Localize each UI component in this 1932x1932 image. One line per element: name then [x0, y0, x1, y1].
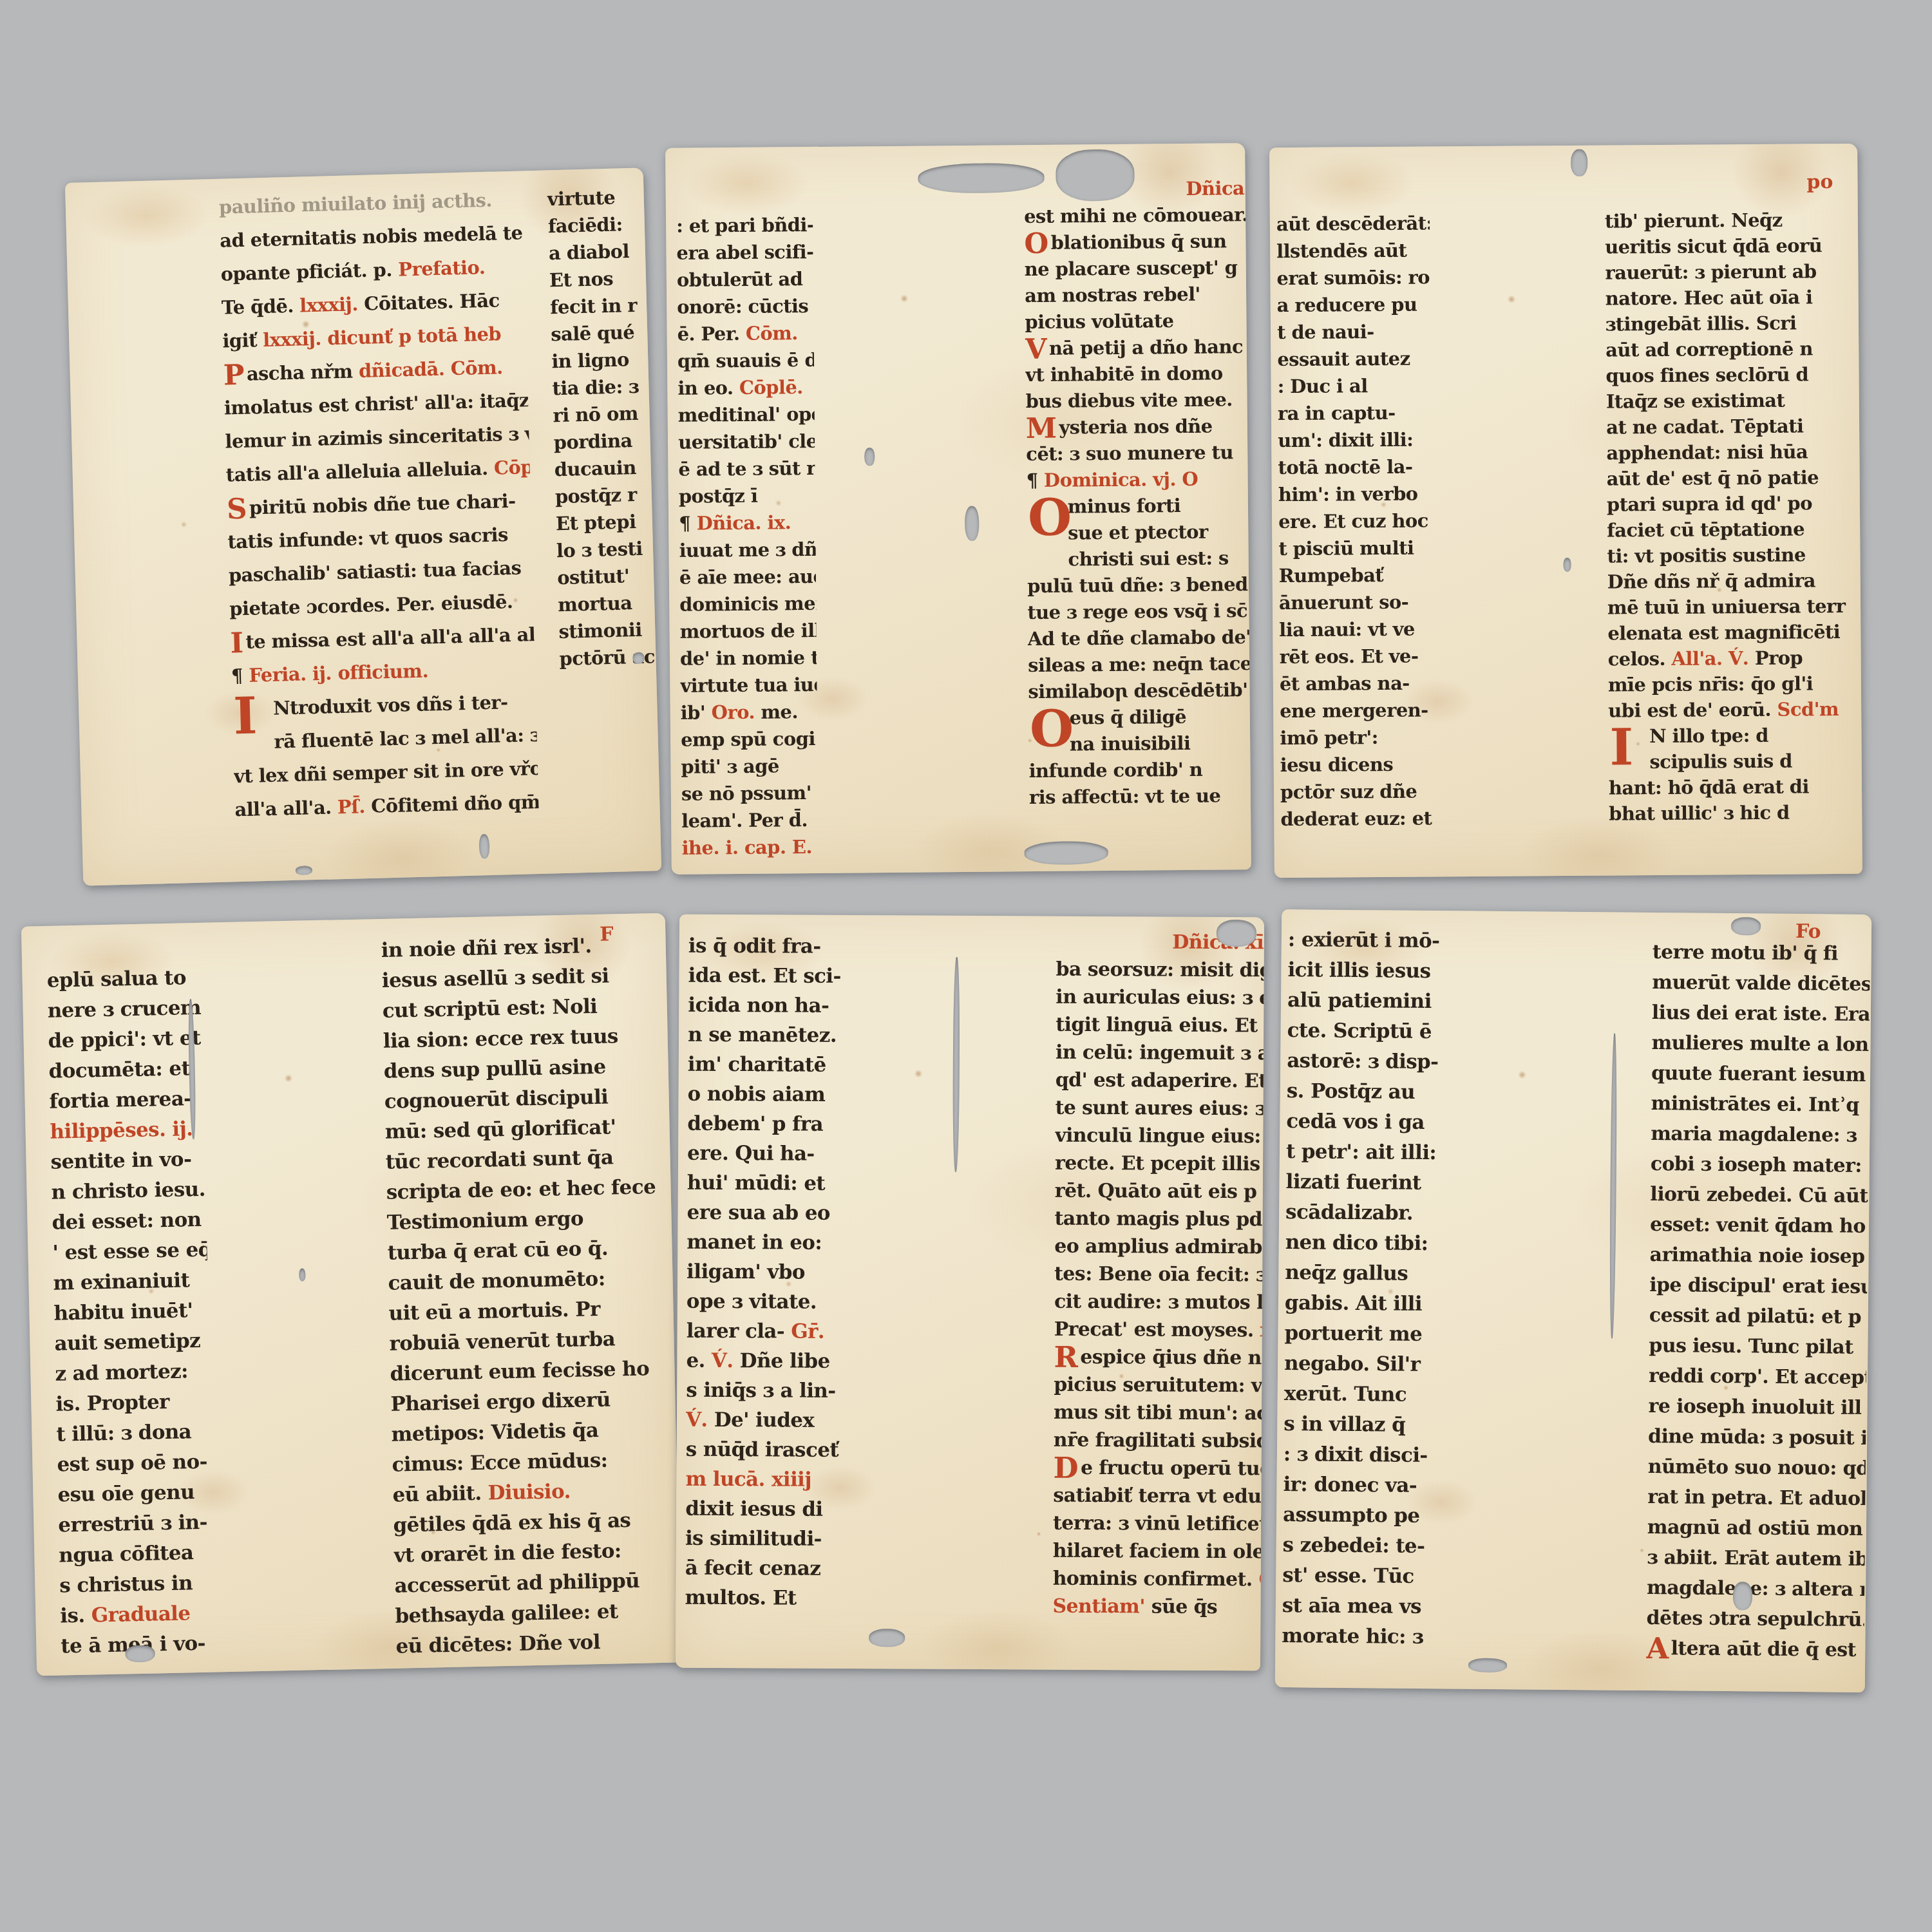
body-text-run: dine mūda: ɜ posuit il: [1648, 1425, 1870, 1450]
body-text-run: ene mergeren-: [1280, 699, 1428, 723]
text-line: ope ɜ vitate.: [687, 1287, 846, 1317]
body-text-run: igiť: [222, 329, 263, 352]
text-line: leam'. Per d̄.: [681, 806, 818, 835]
body-text-run: him': in verbo: [1278, 483, 1418, 506]
body-text-run: ɜtingebāt illis. Scri: [1605, 312, 1797, 335]
text-line: alū patiemini: [1287, 985, 1460, 1017]
body-text-run: aūt ad correptionē n: [1605, 337, 1813, 361]
body-text-run: pietate ɔcordes. Per. eiusdē.: [229, 591, 513, 620]
rubric-run: Dñica. ix.: [696, 511, 791, 534]
text-line: onorē: cūctis: [677, 292, 813, 321]
text-line: ris affectū: vt te ue: [1029, 782, 1251, 811]
text-line: eū dicētes: Dñe vol: [395, 1625, 681, 1662]
text-line: in celū: ingemuit ɜ ait: [1056, 1039, 1264, 1068]
body-text-run: eo amplius admiraba: [1054, 1235, 1264, 1259]
body-text-run: Ad te dñe clamabo de': [1028, 626, 1251, 650]
body-text-run: iligam' vbo: [687, 1260, 805, 1284]
body-text-run: ib': [681, 701, 712, 723]
text-line: morate hic: ɜ: [1282, 1621, 1454, 1653]
text-line: icida non ha-: [688, 990, 848, 1021]
rubric-run: Cōm.: [746, 322, 798, 345]
body-text-run: liorū zebedei. Cū aūt: [1650, 1183, 1868, 1207]
text-line: picius volūtate: [1025, 307, 1251, 336]
text-line: s nūq̄d irasceť: [686, 1435, 846, 1465]
text-line: Et nos: [549, 264, 648, 294]
text-line: Oblationibus q̄ sun: [1024, 228, 1251, 256]
text-line: christi sui est: s: [1027, 545, 1251, 573]
body-text-run: mīe pcis nr̄is: q̄o gl'i: [1608, 672, 1814, 696]
body-text-run: ere. Qui ha-: [687, 1142, 815, 1166]
text-line: sentite in vo-: [50, 1144, 205, 1178]
body-text-run: vt inhabitē in domo: [1025, 362, 1223, 386]
body-text-run: ministrātes ei. Intʾq: [1651, 1092, 1859, 1117]
body-text-run: Precat' est moyses.: [1054, 1318, 1260, 1342]
body-text-run: m exinaniuit: [53, 1269, 189, 1294]
body-text-run: iesus asellū ɜ sedit si: [381, 965, 609, 992]
text-line: cit audire: ɜ mutos lo: [1054, 1288, 1264, 1317]
body-text-run: virtute: [547, 187, 615, 211]
text-line: ¶ Dñica. ix.: [679, 509, 815, 537]
text-line: IN illo tpe: d: [1608, 722, 1862, 750]
body-text-run: virtute tua iudica: [680, 673, 819, 696]
text-line: hui' mūdi: et: [687, 1168, 847, 1198]
text-line: hilaret faciem in oleo: et: [1053, 1537, 1264, 1566]
body-text-run: eū abiit.: [392, 1482, 488, 1507]
text-line: est sup oē no-: [57, 1447, 212, 1481]
text-line: bhat uillic' ɜ hic d: [1609, 799, 1862, 827]
body-text-run: ostitut': [557, 565, 630, 589]
text-line: mulieres multe a lon: [1651, 1028, 1869, 1060]
rubric-run: Diuisio.: [488, 1480, 571, 1505]
text-line: Rumpebať: [1279, 561, 1432, 589]
body-text-run: sileas a me: neq̄n tace: [1028, 652, 1251, 676]
body-text-run: cimus: Ecce mūdus:: [392, 1449, 608, 1477]
text-line: cedā vos i ga: [1286, 1106, 1459, 1138]
text-line: t illū: ɜ dona: [56, 1417, 211, 1450]
body-text-run: magdalene: ɜ altera m: [1647, 1577, 1870, 1601]
tear-hole: [1731, 917, 1761, 935]
body-text-run: eus q̄ diligē: [1069, 706, 1186, 729]
body-text-run: sūe q̄s: [1145, 1595, 1218, 1618]
text-line: : exierūt i mō-: [1288, 925, 1461, 956]
text-line: imō petr':: [1280, 723, 1433, 752]
body-text-run: est mihi ne cōmouear.: [1024, 204, 1248, 227]
body-text-run: z ad mortez:: [55, 1359, 188, 1385]
body-text-run: blationibus q̄ sun: [1051, 230, 1227, 253]
body-text-run: dens sup pullū asine: [383, 1056, 606, 1083]
body-text-run: xerūt. Tunc: [1284, 1382, 1407, 1406]
body-text-run: vinculū lingue eius:: [1055, 1124, 1261, 1148]
tear-hole: [1025, 841, 1108, 865]
body-text-run: faciet cū tēptatione: [1607, 518, 1804, 541]
text-line: ti: vt positis sustine: [1607, 542, 1861, 569]
text-line: pulū tuū dñe: ɜ bened: [1027, 571, 1251, 600]
body-text-run: apphendat: nisi hūa: [1606, 440, 1808, 464]
tear-hole: [296, 866, 312, 875]
text-line: uersitatib' cle-: [678, 428, 815, 456]
text-line: mē tuū in uniuersa terr: [1607, 593, 1861, 621]
text-line: qm̄ suauis ē dñs: [677, 346, 814, 375]
text-line: ē. Per. Cōm.: [677, 319, 813, 348]
tear-hole: [918, 163, 1044, 194]
text-line: Oeus q̄ diligē: [1028, 703, 1251, 732]
body-text-run: celos.: [1607, 648, 1671, 670]
body-text-run: bethsayda galilee: et: [395, 1600, 618, 1627]
body-text-run: sue et ptector: [1068, 521, 1208, 544]
body-text-run: n christo iesu.: [51, 1178, 205, 1204]
body-text-run: magnū ad ostiū mon: [1647, 1516, 1863, 1540]
body-text-run: negabo. Sil'r: [1284, 1352, 1420, 1376]
body-text-run: imō petr':: [1280, 726, 1378, 749]
text-line: iesu dicens: [1280, 750, 1434, 779]
body-text-run: : Duc i al: [1278, 375, 1368, 397]
body-text-run: in auriculas eius: ɜ ex: [1056, 986, 1264, 1010]
text-line: ngua cōfitea: [59, 1538, 214, 1571]
text-line: pctōr suz dñe: [1280, 777, 1434, 806]
body-text-run: re ioseph inuoluit ill: [1648, 1395, 1861, 1419]
body-text-run: a reducere pu: [1277, 294, 1417, 317]
text-line: re ioseph inuoluit ill: [1648, 1391, 1866, 1423]
body-text-run: tib' pierunt. Neq̄z: [1605, 209, 1783, 232]
body-text-run: scādalizabr.: [1285, 1200, 1413, 1225]
leaf-top-right-left-column-cut: aūt descēderāt:llstendēs aūterat sumōis:…: [1276, 209, 1434, 833]
text-line: s in villaz q̄: [1283, 1409, 1456, 1441]
body-text-run: qd' est adaperire. Et st: [1056, 1069, 1264, 1093]
text-line: de ppici': vt et: [48, 1023, 203, 1057]
body-text-run: icit illis iesus: [1287, 958, 1430, 983]
text-line: manet in eo:: [687, 1227, 846, 1258]
text-line: picius seruitutem: vt: [1054, 1371, 1264, 1400]
body-text-run: documēta: et: [48, 1057, 190, 1083]
text-line: t pisciū multi: [1278, 534, 1432, 562]
text-line: magdalene: ɜ altera m: [1647, 1573, 1864, 1605]
text-line: auit semetipz: [54, 1326, 209, 1359]
body-text-run: tue ɜ rege eos vsq̄ i sc̄: [1027, 600, 1247, 623]
body-text-run: piti' ɜ agē: [681, 755, 779, 777]
body-text-run: rat in petra. Et aduolu: [1647, 1486, 1870, 1510]
body-text-run: st' esse. Tūc: [1282, 1564, 1414, 1588]
red-initial: R: [1054, 1340, 1080, 1374]
text-line: ere. Et cuz hoc: [1278, 507, 1432, 535]
body-text-run: picius volūtate: [1025, 310, 1173, 333]
body-text-run: ad eternitatis nobis medelā te: [220, 222, 523, 251]
body-text-run: ba seorsuz: misit digit: [1056, 958, 1265, 982]
tear-hole: [1468, 1658, 1507, 1673]
leaf-top-middle-left-column-cut: : et pari bñdi-era abel scifi-obtulerūt …: [676, 211, 819, 862]
tear-hole: [965, 506, 979, 541]
body-text-run: ti: vt positis sustine: [1607, 544, 1806, 567]
body-text-run: manet in eo:: [687, 1231, 822, 1255]
text-line: maria magdalene: ɜ: [1651, 1119, 1868, 1151]
text-line: sileas a me: neq̄n tace: [1028, 650, 1251, 679]
text-line: quute fuerant iesum: [1651, 1058, 1869, 1090]
text-line: Itaq̄z se existimat: [1606, 387, 1860, 415]
text-line: rauerūt: ɜ pierunt ab: [1605, 258, 1859, 286]
text-line: vinculū lingue eius:: [1055, 1122, 1264, 1151]
body-text-run: ɜ abiit. Erāt autem ib: [1647, 1546, 1868, 1571]
body-text-run: ascha nřm: [246, 360, 359, 385]
leaf-top-right-right-column-cut: tib' pierunt. Neq̄zueritis sicut q̄dā eo…: [1605, 207, 1862, 827]
rubric-run: Cōpl.: [494, 456, 539, 479]
rubric-run: Oro.: [712, 701, 755, 724]
text-line: in auriculas eius: ɜ ex: [1056, 983, 1264, 1012]
text-line: quos fines seclōrū d: [1605, 361, 1859, 389]
folio-mark: Fo: [1795, 920, 1821, 943]
text-line: mortuos de illos ptector: [679, 617, 816, 645]
text-line: n se manētez.: [688, 1020, 848, 1050]
text-line: rēt eos. Et ve-: [1279, 642, 1432, 670]
body-text-run: Rumpebať: [1279, 564, 1384, 587]
text-line: s. Postq̄z au: [1287, 1076, 1459, 1108]
text-line: virtute tua iudica: [680, 671, 817, 699]
body-text-run: habitu inuēt': [53, 1299, 193, 1325]
text-line: Altera aūt die q̄ est: [1646, 1633, 1864, 1665]
body-text-run: ¶: [679, 513, 697, 535]
body-text-run: neq̄z gallus: [1285, 1261, 1408, 1285]
body-text-run: vt lex dñi semper sit in ore vřo all'a: [234, 756, 539, 787]
body-text-run: N illo tpe: d: [1649, 724, 1768, 747]
body-text-run: postq̄z ī: [679, 485, 758, 507]
body-text-run: ē ad te ɜ sūt re: [678, 457, 818, 480]
body-text-run: de ppici': vt et: [48, 1027, 201, 1053]
text-line: ir: donec va-: [1283, 1470, 1455, 1501]
body-text-run: am nostras rebel': [1025, 283, 1200, 307]
rubric-run: Scd'm: [1777, 698, 1839, 721]
tear-hole: [864, 448, 875, 466]
body-text-run: ne placare suscept' g: [1025, 256, 1238, 280]
body-text-run: bus diebus vite mee.: [1025, 388, 1233, 412]
text-line: o nobis aiam: [687, 1079, 847, 1110]
body-text-run: is.: [60, 1604, 91, 1628]
text-line: llstendēs aūt: [1276, 236, 1430, 265]
body-text-run: auit semetipz: [54, 1329, 200, 1356]
text-line: icit illis iesus: [1287, 955, 1460, 987]
text-line: all'a all'a. Pſ̄. Cōfitemi dño qm̄: [234, 785, 539, 826]
body-text-run: ris affectū: vt te ue: [1029, 784, 1221, 808]
text-line: De fructu operū tuorū dñ: [1053, 1454, 1264, 1483]
text-line: fortia merea-: [49, 1084, 204, 1117]
body-text-run: aūt descēderāt:: [1276, 212, 1433, 235]
body-text-run: essauit autez: [1277, 348, 1410, 370]
text-line: Sentiam' sūe q̄s: [1052, 1593, 1264, 1622]
body-text-run: dētes ɔtra sepulchrū.: [1647, 1607, 1868, 1631]
folio-mark: F: [600, 923, 614, 945]
text-line: tigit linguā eius. Et: [1056, 1011, 1264, 1040]
rubric-run: lxxxij.: [299, 293, 358, 316]
body-text-run: s in villaz q̄: [1283, 1412, 1405, 1437]
text-line: assumpto pe: [1283, 1500, 1455, 1531]
body-text-run: assumpto pe: [1283, 1503, 1420, 1528]
body-text-run: : exierūt i mō-: [1288, 928, 1440, 952]
body-text-run: t illū: ɜ dona: [56, 1420, 191, 1446]
body-text-run: nere ɜ crucem: [47, 996, 201, 1023]
body-text-run: te sunt aures eius: ɜ s: [1055, 1097, 1264, 1121]
body-text-run: lemur in azimis sinceritatis ɜ veri: [225, 422, 539, 453]
body-text-run: hant: hō q̄dā erat di: [1609, 775, 1809, 799]
body-text-run: tūc recordati sunt q̄a: [385, 1146, 613, 1173]
text-line: erat sumōis: ro: [1276, 263, 1430, 292]
body-text-run: nūmēto suo nouo: qd': [1648, 1455, 1870, 1480]
text-line: emp spū cogi: [681, 725, 817, 753]
text-line: errestriū ɜ in-: [58, 1508, 213, 1541]
rubric-run: Pſ̄.: [337, 795, 366, 818]
body-text-run: is. Propter: [55, 1390, 169, 1416]
body-text-run: faciēdi:: [547, 213, 623, 237]
body-text-run: gētiles q̄dā ex his q̄ as: [393, 1509, 630, 1537]
text-line: aūt ad correptionē n: [1605, 336, 1859, 363]
text-line: ida est. Et sci-: [688, 961, 848, 991]
tear-hole: [1217, 920, 1256, 947]
red-initial: M: [1026, 412, 1059, 445]
body-text-run: dederat euz: et: [1280, 807, 1432, 830]
tear-hole: [869, 1629, 905, 1647]
text-line: elenata est magnificēti: [1607, 619, 1861, 647]
body-text-run: Dñe dñs nř q̄ admira: [1607, 569, 1815, 592]
text-line: nr̄e fragilitati subsidi: [1054, 1426, 1264, 1455]
body-text-run: cēt: ɜ suo munere tu: [1026, 441, 1233, 465]
text-line: in eo. Cōplē.: [677, 374, 814, 402]
text-line: era abel scifi-: [676, 238, 813, 267]
body-text-run: ere sua ab eo: [687, 1201, 831, 1225]
text-line: dominicis meis: in: [679, 590, 816, 618]
text-line: ducauin: [554, 453, 652, 483]
rubric-run: All'a. V́.: [1671, 647, 1748, 670]
body-text-run: pordina: [553, 430, 632, 453]
body-text-run: piritū nobis dñe tue chari-: [249, 490, 516, 519]
body-text-run: natore. Hec aūt oīa i: [1605, 286, 1813, 309]
tear-hole: [632, 652, 644, 664]
text-line: ē aīe mee: auer: [679, 563, 816, 591]
body-text-run: sentite in vo-: [50, 1148, 191, 1174]
body-text-run: dixit iesus di: [685, 1497, 823, 1521]
text-line: V́. De' iudex: [686, 1405, 846, 1435]
text-line: ere sua ab eo: [687, 1198, 847, 1228]
text-line: s christus in: [59, 1568, 214, 1602]
text-line: faciet cū tēptatione: [1607, 516, 1861, 544]
text-line: dederat euz: et: [1280, 804, 1434, 833]
body-text-run: in eo.: [677, 377, 739, 399]
rubric-run: Con: [1258, 1568, 1264, 1591]
body-text-run: terra: ɜ vinū letificet cor: [1053, 1512, 1264, 1536]
body-text-run: vt orarēt in die festo:: [393, 1539, 621, 1567]
body-text-run: is q̄ odit fra-: [688, 934, 821, 958]
text-line: lius dei erat iste. Era: [1652, 998, 1870, 1030]
body-text-run: lia naui: vt ve: [1279, 618, 1415, 641]
text-line: eo amplius admiraba: [1054, 1233, 1264, 1262]
body-text-run: cut scriptū est: Noli: [382, 995, 597, 1023]
text-line: totā noctē la-: [1278, 453, 1431, 481]
text-line: est mihi ne cōmouear.: [1024, 202, 1251, 230]
text-line: ā fecit cenaz: [685, 1553, 845, 1584]
text-line: dine mūda: ɜ posuit il: [1648, 1421, 1866, 1454]
text-line: terre motu ib' q̄ fi: [1653, 937, 1870, 969]
body-text-run: cedā vos i ga: [1286, 1110, 1425, 1134]
body-text-run: satiabiť terra vt educas: [1053, 1484, 1264, 1508]
text-line: him': in verbo: [1278, 480, 1432, 508]
text-line: mortua: [558, 589, 656, 618]
text-line: ubi est de' eorū. Scd'm: [1608, 696, 1862, 724]
text-line: at ne cadat. Tēptati: [1606, 413, 1860, 440]
red-initial: S: [227, 493, 250, 526]
text-line: ' est esse se eq̄-: [52, 1235, 207, 1269]
body-text-run: esu oīe genu: [57, 1481, 194, 1506]
body-text-run: esset: venit q̄dam ho: [1650, 1213, 1866, 1238]
body-text-run: in celū: ingemuit ɜ ait: [1056, 1041, 1264, 1065]
body-text-run: turba q̄ erat cū eo q̄.: [387, 1237, 608, 1265]
body-text-run: nr̄e fragilitati subsidi: [1054, 1429, 1264, 1453]
text-line: se nō pssum': [681, 779, 818, 808]
text-line: ere. Qui ha-: [687, 1139, 847, 1169]
faded-text-run: pauliño miuilato inij acths.: [218, 189, 492, 218]
body-text-run: accesserūt ad philippū: [394, 1569, 639, 1598]
text-line: lizati fuerint: [1285, 1167, 1458, 1198]
body-text-run: aūt de' est q̄ nō patie: [1607, 466, 1819, 489]
text-line: debem' p fra: [687, 1109, 847, 1139]
body-text-run: gabis. Ait illi: [1285, 1291, 1422, 1316]
body-text-run: all'a all'a.: [234, 796, 338, 820]
text-line: tia die: ɜ: [552, 372, 650, 402]
text-line: tib' pierunt. Neq̄z: [1605, 207, 1859, 234]
text-line: ptari supra id qd' po: [1607, 490, 1861, 518]
text-line: st aīa mea vs: [1282, 1591, 1455, 1622]
body-text-run: ri nō om: [553, 402, 638, 426]
body-text-run: erat sumōis: ro: [1276, 266, 1430, 289]
text-line: t de naui-: [1277, 317, 1430, 346]
body-text-run: o nobis aiam: [688, 1083, 826, 1106]
text-line: magnū ad ostiū mon: [1647, 1512, 1865, 1544]
body-text-run: ' est esse se eq̄-: [52, 1238, 216, 1264]
body-text-run: rauerūt: ɜ pierunt ab: [1605, 260, 1816, 283]
text-line: esu oīe genu: [57, 1477, 213, 1511]
body-text-run: ānuerunt so-: [1279, 591, 1408, 614]
leaf-top-left-right-column-cut: virtutefaciēdi:a diabolEt nosfecit in rs…: [547, 183, 658, 672]
text-line: hilippēses. ij.: [50, 1114, 205, 1148]
body-text-run: tigit linguā eius. Et: [1056, 1014, 1258, 1037]
text-line: ene mergeren-: [1280, 696, 1433, 724]
text-line: te sunt aures eius: ɜ s: [1055, 1094, 1264, 1123]
body-text-run: morate hic: ɜ: [1282, 1624, 1423, 1649]
text-line: ihe. i. cap. E.: [681, 833, 818, 862]
text-line: s iniq̄s ɜ a lin-: [686, 1376, 846, 1406]
text-line: z ad mortez:: [55, 1356, 210, 1390]
body-text-run: qm̄ suauis ē dñs: [677, 349, 819, 372]
body-text-run: Pharisei ergo dixerū: [390, 1388, 611, 1416]
text-line: esset: venit q̄dam ho: [1650, 1209, 1868, 1242]
text-line: arimathia noie iosep: [1649, 1240, 1867, 1272]
tear-hole: [479, 834, 490, 858]
red-initial: A: [1646, 1631, 1671, 1665]
text-line: vt inhabitē in domo: [1025, 360, 1251, 388]
body-text-run: is similitudi-: [685, 1527, 822, 1551]
text-line: postq̄z r: [554, 480, 653, 510]
body-text-run: iuuat me ɜ dñs: [679, 538, 818, 562]
body-text-run: salē qué: [551, 321, 635, 345]
text-line: hant: hō q̄dā erat di: [1609, 773, 1862, 801]
body-text-run: n se manētez.: [688, 1023, 837, 1047]
text-line: aūt descēderāt:: [1276, 209, 1430, 238]
text-line: terra: ɜ vinū letificet cor: [1053, 1510, 1264, 1539]
text-line: a reducere pu: [1277, 290, 1430, 319]
body-text-run: bhat uillic' ɜ hic d: [1609, 802, 1790, 825]
text-line: fecit in r: [550, 291, 649, 321]
text-line: mīe pcis nr̄is: q̄o gl'i: [1608, 670, 1862, 698]
text-line: um': dixit illi:: [1278, 426, 1431, 454]
body-text-run: ir: donec va-: [1283, 1473, 1417, 1497]
body-text-run: fecit in r: [550, 294, 638, 319]
body-text-run: metipos: Videtis q̄a: [391, 1419, 598, 1446]
body-text-run: ducauin: [554, 457, 636, 480]
leaf-top-left: pauliño miuilato inij acths.ad eternitat…: [65, 167, 661, 885]
